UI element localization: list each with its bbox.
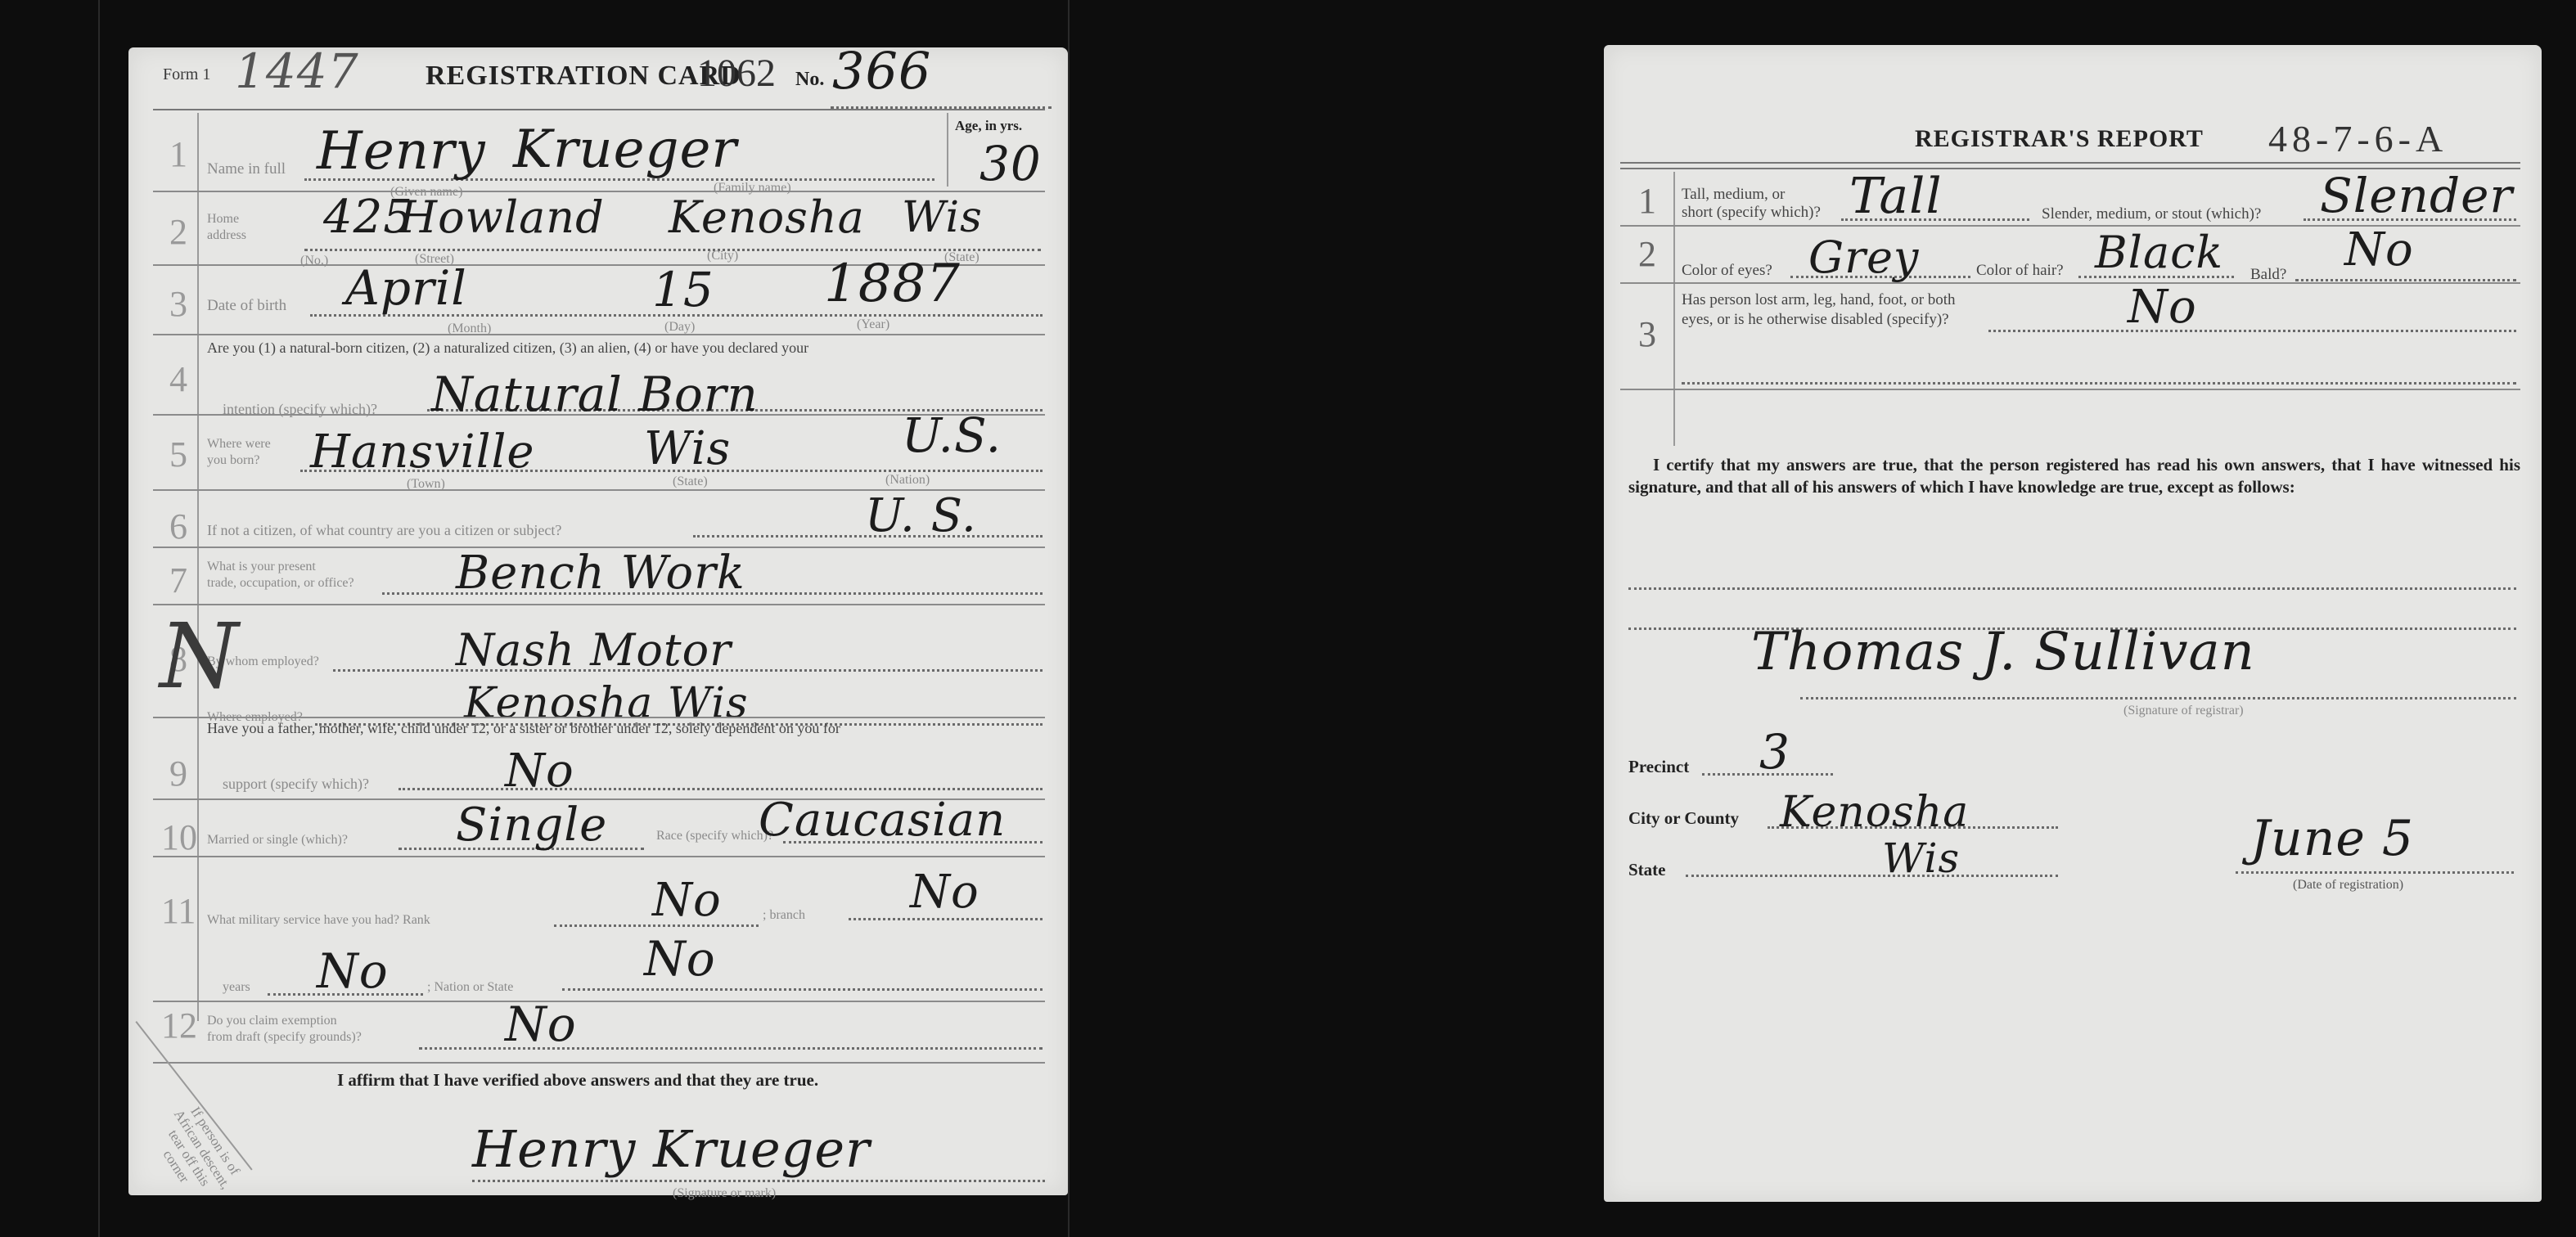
branch-label: ; branch xyxy=(763,908,805,923)
city-county-value: Kenosha xyxy=(1780,788,1969,837)
birth-state-caption: (State) xyxy=(673,475,708,489)
birth-month-value: April xyxy=(345,260,467,316)
eye-color-value: Grey xyxy=(1808,232,1919,283)
registration-date-caption: (Date of registration) xyxy=(2293,878,2403,893)
city-value: Kenosha xyxy=(669,191,865,243)
birth-town-value: Hansville xyxy=(310,425,535,479)
military-years-value: No xyxy=(317,943,389,999)
birth-day-value: 15 xyxy=(652,262,714,317)
margin-mark: N xyxy=(160,604,239,708)
exemption-label: Do you claim exemption from draft (speci… xyxy=(207,1013,362,1046)
height-label: Tall, medium, or short (specify which)? xyxy=(1682,186,1821,222)
birth-year-value: 1887 xyxy=(824,254,961,314)
occupation-label: What is your present trade, occupation, … xyxy=(207,559,354,592)
citizenship-question: Are you (1) a natural-born citizen, (2) … xyxy=(207,340,808,357)
affirmation-text: I affirm that I have verified above answ… xyxy=(337,1070,818,1091)
bald-value: No xyxy=(2344,223,2414,277)
hair-color-value: Black xyxy=(2095,227,2223,278)
registrar-signature-caption: (Signature of registrar) xyxy=(2123,704,2244,718)
military-branch-value: No xyxy=(910,866,980,919)
no-label: No. xyxy=(795,69,824,91)
card-title: REGISTRATION CARD xyxy=(426,61,741,92)
film-edge-line xyxy=(98,0,100,1237)
nation-caption: (Nation) xyxy=(885,473,930,488)
report-title: REGISTRAR'S REPORT xyxy=(1915,125,2204,153)
occupation-value: Bench Work xyxy=(456,547,745,600)
registration-date-value: June 5 xyxy=(2250,810,2414,867)
precinct-value: 3 xyxy=(1759,724,1790,780)
label-line: eyes, or is he otherwise disabled (speci… xyxy=(1682,310,1956,330)
build-label: Slender, medium, or stout (which)? xyxy=(2042,205,2261,223)
label-line: short (specify which)? xyxy=(1682,204,1821,222)
military-nation-value: No xyxy=(644,931,716,987)
city-county-label: City or County xyxy=(1628,808,1739,829)
row-number: 4 xyxy=(169,358,187,400)
card-number: 366 xyxy=(832,41,931,101)
year-caption: (Year) xyxy=(857,317,889,332)
precinct-label: Precinct xyxy=(1628,757,1689,777)
row-number: 5 xyxy=(169,434,187,475)
tear-off-note: If person is of African descent, tear of… xyxy=(145,1099,246,1209)
given-name-value: Henry xyxy=(317,121,486,182)
disability-label: Has person lost arm, leg, hand, foot, or… xyxy=(1682,290,1956,330)
age-label: Age, in yrs. xyxy=(955,118,1022,134)
label-line: from draft (specify grounds)? xyxy=(207,1029,362,1046)
row-number: 1 xyxy=(169,133,187,175)
label-line: trade, occupation, or office? xyxy=(207,575,354,592)
report-serial: 48-7-6-A xyxy=(2268,117,2448,160)
disability-value: No xyxy=(2128,281,2197,334)
birth-nation-value: U.S. xyxy=(902,407,1002,463)
row-number: 7 xyxy=(169,560,187,601)
registrant-signature: Henry Krueger xyxy=(472,1119,871,1179)
build-value: Slender xyxy=(2320,168,2513,223)
row-number: 2 xyxy=(169,211,187,253)
bald-label: Bald? xyxy=(2250,266,2286,284)
race-label: Race (specify which)? xyxy=(656,829,773,843)
row-number: 3 xyxy=(169,283,187,325)
row-number: 11 xyxy=(161,890,196,932)
registration-card: Form 1 1447 REGISTRATION CARD 1062 No. 3… xyxy=(128,47,1068,1195)
state-label: State xyxy=(1628,860,1666,880)
registrar-signature: Thomas J. Sullivan xyxy=(1751,622,2255,682)
state-value: Wis xyxy=(1882,834,1960,882)
marital-status-label: Married or single (which)? xyxy=(207,833,348,848)
height-value: Tall xyxy=(1849,168,1943,225)
row-number: 9 xyxy=(169,753,187,794)
label-line: Do you claim exemption xyxy=(207,1013,362,1029)
race-value: Caucasian xyxy=(759,794,1006,847)
employer-value: Nash Motor xyxy=(456,624,732,676)
form-label: Form 1 xyxy=(163,65,210,84)
years-label: years xyxy=(223,980,250,995)
dob-label: Date of birth xyxy=(207,297,286,315)
dependents-question: Have you a father, mother, wife, child u… xyxy=(207,720,840,737)
registrars-report-card: REGISTRAR'S REPORT 48-7-6-A 1 Tall, medi… xyxy=(1604,45,2542,1202)
label-line: What is your present xyxy=(207,559,354,575)
label-line: Home xyxy=(207,211,246,227)
label-line: Has person lost arm, leg, hand, foot, or… xyxy=(1682,290,1956,310)
label-line: Where were xyxy=(207,436,271,452)
nation-or-state-label: ; Nation or State xyxy=(427,980,513,995)
signature-caption: (Signature or mark) xyxy=(673,1186,776,1201)
exemption-value: No xyxy=(505,996,577,1052)
dependents-question-cont: support (specify which)? xyxy=(223,776,369,793)
label-line: address xyxy=(207,227,246,244)
citizen-of-value: U. S. xyxy=(865,489,977,542)
dependents-value: No xyxy=(505,744,574,798)
name-label: Name in full xyxy=(207,160,286,178)
birth-state-value: Wis xyxy=(644,422,731,475)
row-number: 12 xyxy=(161,1005,197,1046)
home-address-label: Home address xyxy=(207,211,246,244)
row-number: 2 xyxy=(1638,233,1656,275)
label-line: Tall, medium, or xyxy=(1682,186,1821,204)
military-rank-value: No xyxy=(652,874,722,927)
row-number: 10 xyxy=(161,816,197,858)
film-edge-line xyxy=(1068,0,1070,1237)
marital-status-value: Single xyxy=(456,798,607,852)
row-number: 1 xyxy=(1638,180,1656,222)
hair-color-label: Color of hair? xyxy=(1976,262,2064,280)
state-value: Wis xyxy=(902,193,983,242)
no-caption: (No.) xyxy=(300,254,328,268)
military-rank-label: What military service have you had? Rank xyxy=(207,913,430,928)
certification-text: I certify that my answers are true, that… xyxy=(1628,454,2520,498)
age-value: 30 xyxy=(980,136,1042,191)
row-number: 3 xyxy=(1638,313,1656,355)
stamp-number: 1062 xyxy=(697,51,776,96)
label-line: you born? xyxy=(207,452,271,469)
street-value: Howland xyxy=(399,191,605,243)
row-number: 6 xyxy=(169,506,187,547)
eye-color-label: Color of eyes? xyxy=(1682,262,1772,280)
family-name-value: Krueger xyxy=(513,119,737,180)
birthplace-label: Where were you born? xyxy=(207,436,271,469)
serial-handwritten: 1447 xyxy=(235,43,359,99)
citizen-of-label: If not a citizen, of what country are yo… xyxy=(207,522,561,539)
day-caption: (Day) xyxy=(664,320,695,335)
